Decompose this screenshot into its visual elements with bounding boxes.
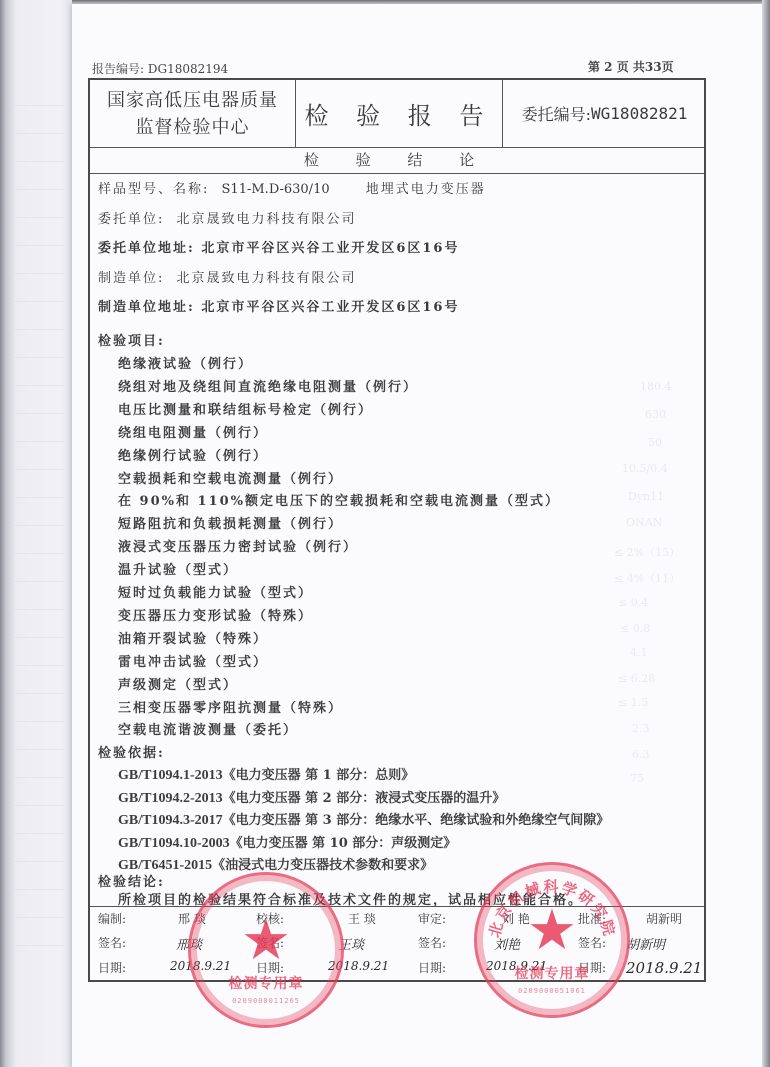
standard-code: GB/T1094.3-2017 xyxy=(118,813,223,828)
role-name-compile: 邢 琰 xyxy=(178,910,206,927)
manufacturer-address-label: 制造单位地址: xyxy=(98,300,195,315)
date-review: 2018.9.21 xyxy=(486,959,547,973)
manufacturer-unit-line: 制造单位: 北京晟致电力科技有限公司 xyxy=(98,267,357,286)
standard-reference: GB/T6451-2015《油浸式电力变压器技术参数和要求》 xyxy=(118,854,433,874)
commission-number: 委托编号: WG18082821 xyxy=(503,80,706,147)
standard-title: 《电力变压器 第 1 部分：总则》 xyxy=(223,768,415,783)
inspection-item: 三相变压器零序阻抗测量（特殊） xyxy=(118,697,343,716)
report-table: 国家高低压电器质量 监督检验中心 检 验 报 告 委托编号: WG1808282… xyxy=(88,78,706,982)
inspection-item: 绝缘液试验（例行） xyxy=(118,353,253,372)
organization-line-2: 监督检验中心 xyxy=(107,114,278,141)
inspection-item: 绝缘例行试验（例行） xyxy=(118,445,268,464)
role-label-check: 校核: xyxy=(256,910,284,927)
organization-line-1: 国家高低压电器质量 xyxy=(107,87,278,114)
manufacturer-unit: 北京晟致电力科技有限公司 xyxy=(177,271,357,286)
client-unit-line: 委托单位: 北京晟致电力科技有限公司 xyxy=(98,208,357,227)
client-unit-label: 委托单位: xyxy=(98,212,164,227)
commission-label: 委托编号: xyxy=(522,102,591,125)
role-row: 编制: 邢 琰 校核: 王 琰 审定: 刘 艳 批准: 胡新明 xyxy=(90,910,704,934)
standard-code: GB/T1094.1-2013 xyxy=(118,768,223,783)
sign-label-compile: 签名: xyxy=(98,934,126,951)
role-label-compile: 编制: xyxy=(98,910,126,927)
manufacturer-address-line: 制造单位地址: 北京市平谷区兴谷工业开发区6区16号 xyxy=(98,296,459,315)
date-label-check: 日期: xyxy=(256,959,284,976)
standard-title: 《电力变压器 第 10 部分：声级测定》 xyxy=(230,836,457,851)
sample-model-label: 样品型号、名称: xyxy=(98,182,209,197)
role-label-approve: 批准: xyxy=(578,910,606,927)
section-title: 检 验 结 论 xyxy=(90,148,704,174)
signature-review: 刘艳 xyxy=(494,934,520,953)
role-name-approve: 胡新明 xyxy=(646,910,682,927)
document-title: 检 验 报 告 xyxy=(296,80,503,147)
inspection-item: 绕组电阻测量（例行） xyxy=(118,422,268,441)
inspection-item: 短路阻抗和负载损耗测量（例行） xyxy=(118,513,343,532)
sign-label-check: 签名: xyxy=(256,934,284,951)
inspection-item: 在 90%和 110%额定电压下的空载损耗和空载电流测量（型式） xyxy=(118,490,560,509)
inspection-item: 空载电流谐波测量（委托） xyxy=(118,719,298,738)
sample-name: 地埋式电力变压器 xyxy=(366,182,486,197)
manufacturer-unit-label: 制造单位: xyxy=(98,271,164,286)
inspection-item: 雷电冲击试验（型式） xyxy=(118,651,268,670)
signature-compile: 邢琰 xyxy=(176,934,202,953)
date-check: 2018.9.21 xyxy=(328,959,389,973)
standard-code: GB/T1094.2-2013 xyxy=(118,791,223,806)
inspection-items-label: 检验项目: xyxy=(98,330,165,349)
date-compile: 2018.9.21 xyxy=(170,959,231,973)
role-name-review: 刘 艳 xyxy=(502,910,530,927)
inspection-item: 声级测定（型式） xyxy=(118,674,238,693)
date-label-compile: 日期: xyxy=(98,959,126,976)
client-unit: 北京晟致电力科技有限公司 xyxy=(177,212,357,227)
commission-value: WG18082821 xyxy=(591,104,687,123)
sign-label-review: 签名: xyxy=(418,934,446,951)
standard-title: 《电力变压器 第 3 部分：绝缘水平、绝缘试验和外绝缘空气间隙》 xyxy=(223,813,610,828)
underlying-page-edge xyxy=(0,0,72,1067)
standard-reference: GB/T1094.3-2017《电力变压器 第 3 部分：绝缘水平、绝缘试验和外… xyxy=(118,809,609,829)
date-label-review: 日期: xyxy=(418,959,446,976)
date-row: 日期: 2018.9.21 日期: 2018.9.21 日期: 2018.9.2… xyxy=(90,959,704,983)
standard-reference: GB/T1094.10-2003《电力变压器 第 10 部分：声级测定》 xyxy=(118,832,456,852)
inspection-item: 短时过负载能力试验（型式） xyxy=(118,582,313,601)
date-label-approve: 日期: xyxy=(578,959,606,976)
standard-reference: GB/T1094.2-2013《电力变压器 第 2 部分：液浸式变压器的温升》 xyxy=(118,787,505,807)
sample-model-line: 样品型号、名称: S11-M.D-630/10 地埋式电力变压器 xyxy=(98,178,486,197)
inspection-item: 空载损耗和空载电流测量（例行） xyxy=(118,468,343,487)
role-name-check: 王 琰 xyxy=(348,910,376,927)
role-label-review: 审定: xyxy=(418,910,446,927)
inspection-item: 电压比测量和联结组标号检定（例行） xyxy=(118,399,373,418)
signature-block: 编制: 邢 琰 校核: 王 琰 审定: 刘 艳 批准: 胡新明 签名: 邢琰 签… xyxy=(90,906,704,983)
client-address: 北京市平谷区兴谷工业开发区6区16号 xyxy=(201,241,459,256)
report-number-label: 报告编号: xyxy=(92,62,144,76)
signature-row: 签名: 邢琰 签名: 王琰 签名: 刘艳 签名: 胡新明 xyxy=(90,934,704,958)
page-indicator: 第 2 页 共33页 xyxy=(588,58,674,75)
sample-model: S11-M.D-630/10 xyxy=(222,182,330,197)
signature-approve: 胡新明 xyxy=(626,934,665,953)
ghost-table-lines xyxy=(12,78,64,948)
sign-label-approve: 签名: xyxy=(578,934,606,951)
report-number-value: DG18082194 xyxy=(148,62,228,76)
inspection-item: 油箱开裂试验（特殊） xyxy=(118,628,268,647)
standard-reference: GB/T1094.1-2013《电力变压器 第 1 部分：总则》 xyxy=(118,764,414,784)
standard-title: 《油浸式电力变压器技术参数和要求》 xyxy=(212,858,433,873)
organization-name: 国家高低压电器质量 监督检验中心 xyxy=(90,80,296,147)
report-header-row: 国家高低压电器质量 监督检验中心 检 验 报 告 委托编号: WG1808282… xyxy=(90,80,704,148)
conclusion-label: 检验结论: xyxy=(98,871,165,890)
scan-right-edge xyxy=(762,0,770,1067)
report-number: 报告编号: DG18082194 xyxy=(92,60,228,77)
inspection-item: 变压器压力变形试验（特殊） xyxy=(118,605,313,624)
standard-code: GB/T1094.10-2003 xyxy=(118,836,230,851)
date-approve: 2018.9.21 xyxy=(626,959,702,977)
standard-title: 《电力变压器 第 2 部分：液浸式变压器的温升》 xyxy=(223,791,506,806)
client-address-label: 委托单位地址: xyxy=(98,241,195,256)
signature-check: 王琰 xyxy=(338,934,364,953)
basis-label: 检验依据: xyxy=(98,742,165,761)
client-address-line: 委托单位地址: 北京市平谷区兴谷工业开发区6区16号 xyxy=(98,237,459,256)
inspection-item: 温升试验（型式） xyxy=(118,559,238,578)
inspection-item: 绕组对地及绕组间直流绝缘电阻测量（例行） xyxy=(118,376,418,395)
inspection-item: 液浸式变压器压力密封试验（例行） xyxy=(118,536,358,555)
manufacturer-address: 北京市平谷区兴谷工业开发区6区16号 xyxy=(201,300,459,315)
